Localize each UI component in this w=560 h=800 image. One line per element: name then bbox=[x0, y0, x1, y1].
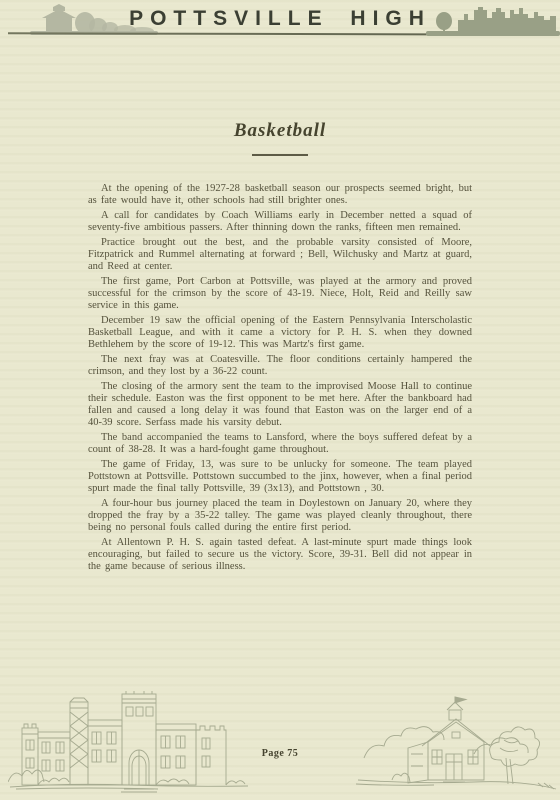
castle-building-silhouette-icon bbox=[426, 0, 560, 40]
article-paragraph: The band accompanied the teams to Lansfo… bbox=[88, 432, 472, 456]
article-paragraph: The next fray was at Coatesville. The fl… bbox=[88, 354, 472, 378]
article-paragraph: A call for candidates by Coach Williams … bbox=[88, 210, 472, 234]
article-title: Basketball bbox=[88, 120, 472, 142]
high-school-building-sketch-icon bbox=[8, 690, 252, 796]
article-body: At the opening of the 1927-28 basketball… bbox=[88, 183, 472, 573]
schoolhouse-and-tree-sketch-icon bbox=[356, 696, 558, 792]
article-paragraph: The first game, Port Carbon at Pottsvill… bbox=[88, 276, 472, 312]
article-paragraph: December 19 saw the official opening of … bbox=[88, 315, 472, 351]
title-divider bbox=[252, 154, 308, 156]
masthead: POTTSVILLE HIGH bbox=[0, 0, 560, 46]
article-paragraph: The game of Friday, 13, was sure to be u… bbox=[88, 459, 472, 495]
article-paragraph: At Allentown P. H. S. again tasted defea… bbox=[88, 537, 472, 573]
article-paragraph: A four-hour bus journey placed the team … bbox=[88, 498, 472, 534]
article-paragraph: At the opening of the 1927-28 basketball… bbox=[88, 183, 472, 207]
yearbook-page: POTTSVILLE HIGH Basketball At the openin… bbox=[0, 0, 560, 800]
article: Basketball At the opening of the 1927-28… bbox=[88, 120, 472, 576]
article-paragraph: Practice brought out the best, and the p… bbox=[88, 237, 472, 273]
article-paragraph: The closing of the armory sent the team … bbox=[88, 381, 472, 429]
